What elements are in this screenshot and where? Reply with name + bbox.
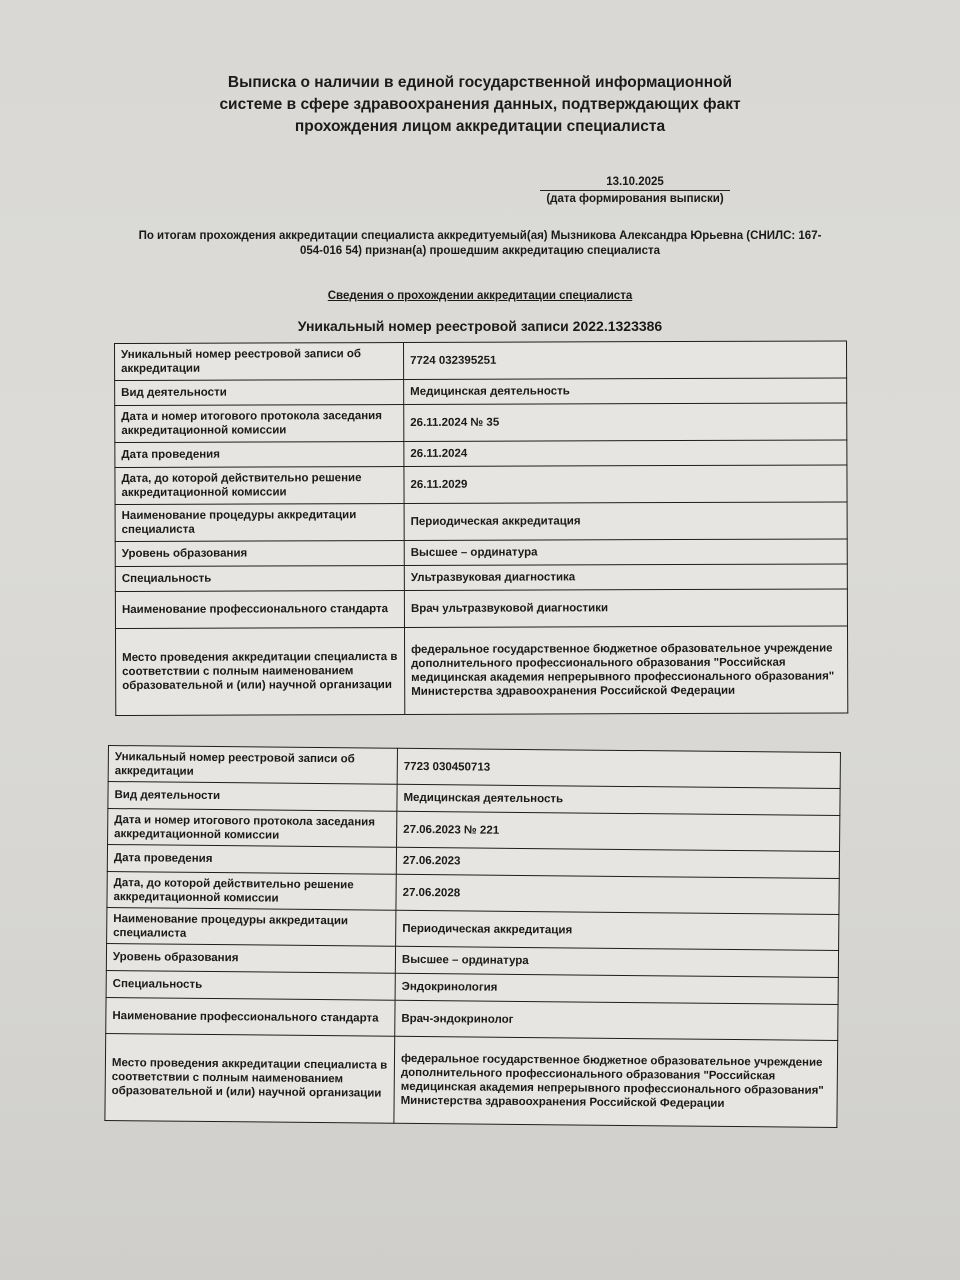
- row-label: Специальность: [106, 970, 395, 1000]
- intro-statement: По итогам прохождения аккредитации специ…: [110, 229, 850, 259]
- row-value: 7723 030450713: [397, 748, 840, 788]
- row-value: 26.11.2024 № 35: [404, 403, 847, 442]
- title-line: Выписка о наличии в единой государственн…: [180, 72, 780, 94]
- table-row: Дата, до которой действительно решение а…: [115, 465, 847, 505]
- row-value: Периодическая аккредитация: [396, 910, 839, 950]
- title-line: системе в сфере здравоохранения данных, …: [180, 94, 780, 116]
- table-row: Специальность Ультразвуковая диагностика: [115, 564, 847, 592]
- row-value: Врач-эндокринолог: [395, 1000, 838, 1040]
- table-row: Дата проведения 26.11.2024: [115, 440, 847, 468]
- registry-number-title: Уникальный номер реестровой записи 2022.…: [240, 318, 720, 334]
- row-value: Врач ультразвуковой диагностики: [404, 589, 847, 628]
- row-label: Наименование процедуры аккредитации спец…: [107, 907, 396, 946]
- row-value: Высшее – ординатура: [404, 539, 847, 566]
- title-line: прохождения лицом аккредитации специалис…: [180, 116, 780, 138]
- table-row: Наименование процедуры аккредитации спец…: [115, 502, 847, 542]
- row-label: Уровень образования: [115, 540, 404, 566]
- row-value: Медицинская деятельность: [397, 784, 840, 815]
- section-heading: Сведения о прохождении аккредитации спец…: [280, 290, 680, 302]
- row-value: 27.06.2023 № 221: [397, 811, 840, 851]
- table-row: Наименование профессионального стандарта…: [115, 589, 847, 629]
- document-title: Выписка о наличии в единой государственн…: [180, 72, 780, 138]
- row-value: 26.11.2024: [404, 440, 847, 467]
- accreditation-table-1: Уникальный номер реестровой записи об ак…: [114, 340, 848, 716]
- table-row: Место проведения аккредитации специалист…: [105, 1033, 838, 1127]
- intro-line: 054-016 54) признан(а) прошедшим аккреди…: [110, 244, 850, 259]
- document-page: Выписка о наличии в единой государственн…: [0, 0, 960, 1280]
- row-label: Наименование профессионального стандарта: [106, 997, 395, 1036]
- row-label: Место проведения аккредитации специалист…: [105, 1033, 395, 1123]
- row-label: Уникальный номер реестровой записи об ак…: [115, 342, 404, 380]
- row-label: Специальность: [115, 565, 404, 591]
- table-row: Вид деятельности Медицинская деятельност…: [115, 378, 847, 406]
- row-value: 27.06.2028: [396, 874, 839, 914]
- row-label: Дата и номер итогового протокола заседан…: [115, 404, 404, 442]
- row-label: Дата и номер итогового протокола заседан…: [108, 809, 397, 848]
- table-row: Уникальный номер реестровой записи об ак…: [115, 341, 847, 381]
- row-label: Уникальный номер реестровой записи об ак…: [108, 746, 397, 785]
- row-value: Ультразвуковая диагностика: [404, 564, 847, 591]
- table-row: Место проведения аккредитации специалист…: [115, 626, 847, 716]
- table-row: Дата и номер итогового протокола заседан…: [115, 403, 847, 443]
- row-label: Уровень образования: [106, 943, 395, 973]
- row-value: Эндокринология: [395, 973, 838, 1004]
- row-value: 27.06.2023: [396, 847, 839, 878]
- row-value: 7724 032395251: [403, 341, 846, 380]
- row-value: Периодическая аккредитация: [404, 502, 847, 541]
- issue-date: 13.10.2025: [540, 176, 730, 191]
- row-label: Вид деятельности: [115, 379, 404, 405]
- row-value: федеральное государственное бюджетное об…: [404, 626, 847, 715]
- row-value: Высшее – ординатура: [395, 946, 838, 977]
- row-label: Дата, до которой действительно решение а…: [115, 466, 404, 504]
- row-value: федеральное государственное бюджетное об…: [394, 1036, 838, 1127]
- row-value: Медицинская деятельность: [404, 378, 847, 405]
- issue-date-caption: (дата формирования выписки): [540, 193, 730, 205]
- issue-date-block: 13.10.2025 (дата формирования выписки): [540, 176, 730, 205]
- table-row: Уровень образования Высшее – ординатура: [115, 539, 847, 567]
- row-label: Вид деятельности: [108, 782, 397, 812]
- row-value: 26.11.2029: [404, 465, 847, 504]
- row-label: Место проведения аккредитации специалист…: [115, 627, 404, 715]
- row-label: Наименование профессионального стандарта: [115, 590, 404, 628]
- row-label: Дата проведения: [115, 441, 404, 467]
- row-label: Дата проведения: [107, 845, 396, 875]
- intro-line: По итогам прохождения аккредитации специ…: [110, 229, 850, 244]
- accreditation-table-2: Уникальный номер реестровой записи об ак…: [104, 745, 841, 1128]
- row-label: Дата, до которой действительно решение а…: [107, 871, 396, 910]
- row-label: Наименование процедуры аккредитации спец…: [115, 503, 404, 541]
